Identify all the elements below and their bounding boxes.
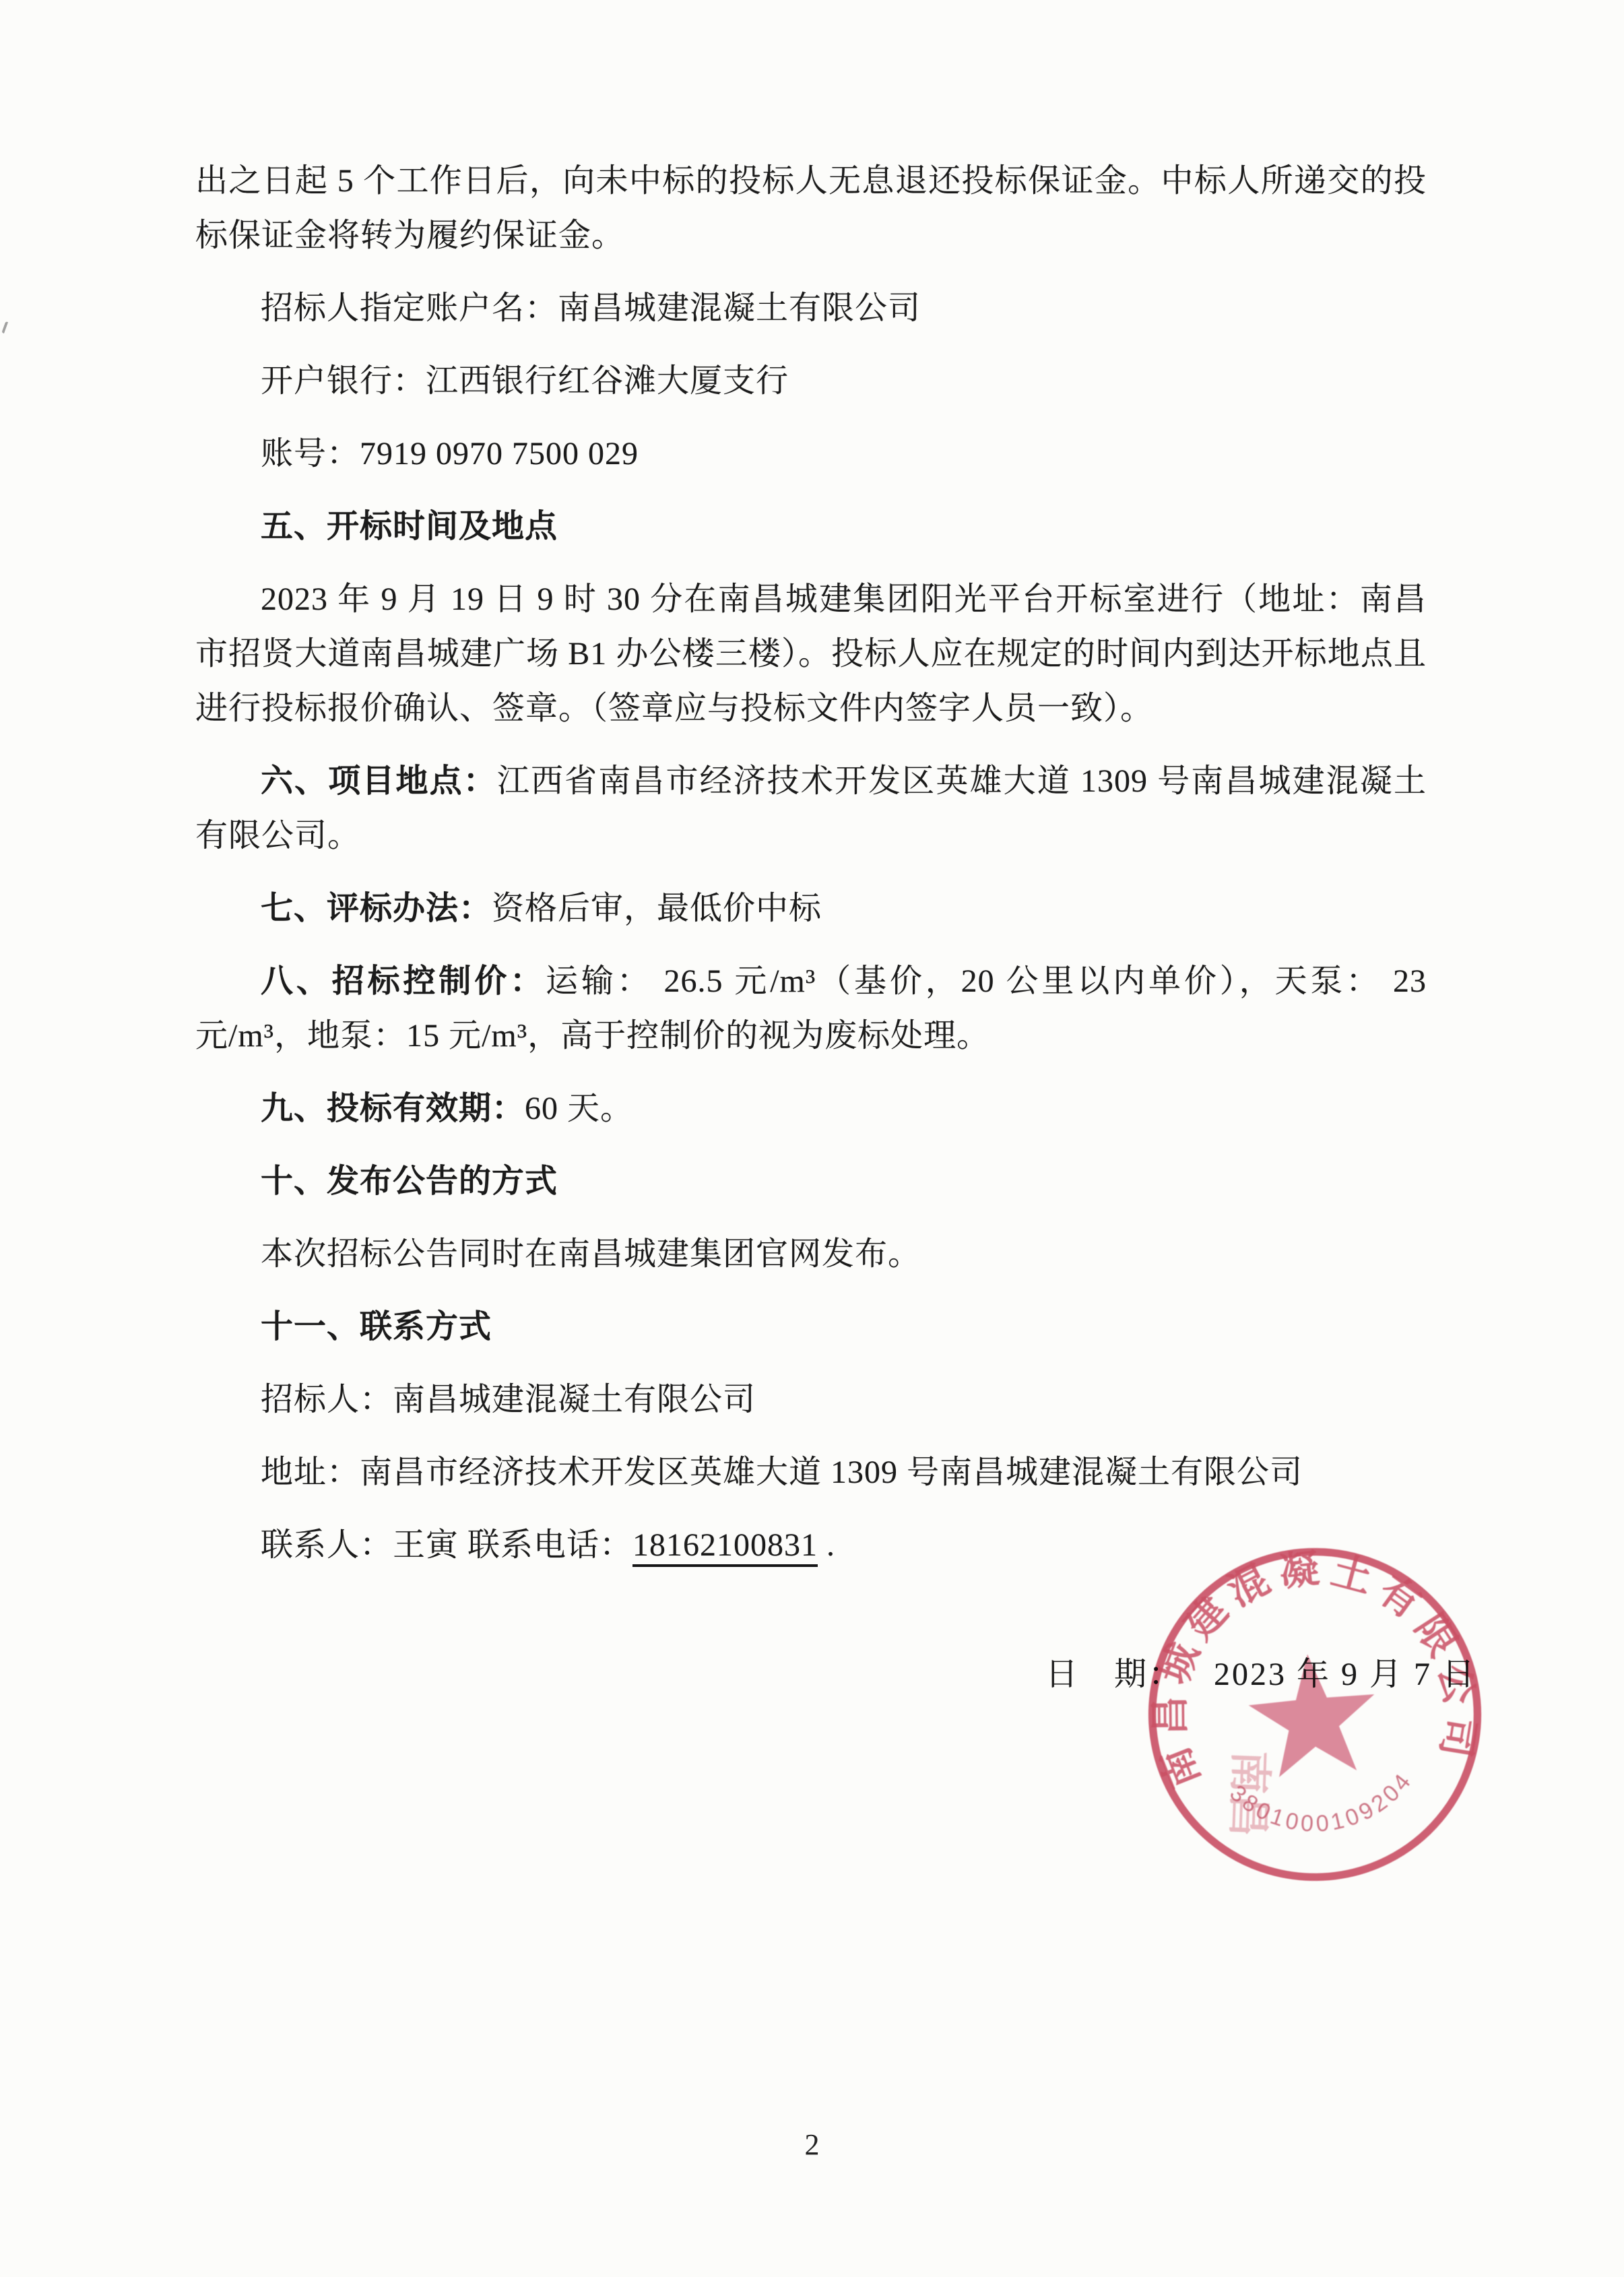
text-segment: . bbox=[818, 1527, 835, 1563]
paragraph: 出之日起 5 个工作日后，向未中标的投标人无息退还投标保证金。中标人所递交的投标… bbox=[195, 154, 1427, 263]
text-segment: 六、项目地点： bbox=[261, 763, 497, 799]
section-heading: 十一、联系方式 bbox=[195, 1300, 1427, 1354]
seal-ghost-text: 南昌 bbox=[1223, 1750, 1274, 1838]
seal-graphic: 南昌城建混凝土有限公司 3801000109204 南昌 bbox=[1126, 1525, 1503, 1903]
paragraph: 八、招标控制价：运输： 26.5 元/m³（基价，20 公里以内单价），天泵： … bbox=[195, 954, 1427, 1063]
text-segment: 2023 年 9 月 19 日 9 时 30 分在南昌城建集团阳光平台开标室进行… bbox=[195, 581, 1427, 726]
paragraph: 账号：7919 0970 7500 029 bbox=[195, 426, 1427, 481]
paragraph: 开户银行：江西银行红谷滩大厦支行 bbox=[195, 354, 1427, 408]
text-segment: 七、评标办法： bbox=[261, 891, 492, 926]
paragraph: 九、投标有效期：60 天。 bbox=[195, 1081, 1427, 1136]
text-segment: 招标人指定账户名：南昌城建混凝土有限公司 bbox=[261, 290, 921, 326]
text-segment: 出之日起 5 个工作日后，向未中标的投标人无息退还投标保证金。中标人所递交的投标… bbox=[195, 163, 1427, 253]
text-segment: 五、开标时间及地点 bbox=[261, 509, 558, 544]
paragraph: 招标人：南昌城建混凝土有限公司 bbox=[195, 1372, 1427, 1427]
text-segment: 本次招标公告同时在南昌城建集团官网发布。 bbox=[261, 1236, 921, 1272]
paragraph: 招标人指定账户名：南昌城建混凝土有限公司 bbox=[195, 281, 1427, 335]
text-segment: 开户银行：江西银行红谷滩大厦支行 bbox=[261, 363, 789, 399]
text-segment: 十、发布公告的方式 bbox=[261, 1163, 558, 1199]
company-seal-stamp: 南昌城建混凝土有限公司 3801000109204 南昌 bbox=[1126, 1525, 1503, 1903]
text-segment: 联系人：王寅 联系电话： bbox=[261, 1527, 632, 1563]
text-segment: 账号：7919 0970 7500 029 bbox=[261, 436, 639, 472]
text-segment: 八、招标控制价： bbox=[261, 963, 546, 999]
document-body: 出之日起 5 个工作日后，向未中标的投标人无息退还投标保证金。中标人所递交的投标… bbox=[195, 154, 1427, 1591]
page-number: 2 bbox=[0, 2127, 1624, 2162]
paragraph: 七、评标办法：资格后审，最低价中标 bbox=[195, 881, 1427, 936]
paragraph: 本次招标公告同时在南昌城建集团官网发布。 bbox=[195, 1227, 1427, 1281]
section-heading: 十、发布公告的方式 bbox=[195, 1154, 1427, 1209]
paragraph: 六、项目地点：江西省南昌市经济技术开发区英雄大道 1309 号南昌城建混凝土有限… bbox=[195, 754, 1427, 863]
section-heading: 五、开标时间及地点 bbox=[195, 499, 1427, 554]
text-segment: 60 天。 bbox=[525, 1091, 633, 1126]
paragraph: 2023 年 9 月 19 日 9 时 30 分在南昌城建集团阳光平台开标室进行… bbox=[195, 572, 1427, 736]
text-segment: 十一、联系方式 bbox=[261, 1309, 492, 1345]
document-page: { "document": { "paragraphs": [ {"indent… bbox=[0, 0, 1624, 2277]
text-segment: 资格后审，最低价中标 bbox=[492, 891, 822, 926]
text-segment: 九、投标有效期： bbox=[261, 1091, 525, 1126]
phone-number: 18162100831 bbox=[632, 1527, 818, 1567]
text-segment: 招标人：南昌城建混凝土有限公司 bbox=[261, 1382, 756, 1417]
paragraph: 地址：南昌市经济技术开发区英雄大道 1309 号南昌城建混凝土有限公司 bbox=[195, 1445, 1427, 1500]
scan-artifact bbox=[1, 321, 12, 335]
text-segment: 地址：南昌市经济技术开发区英雄大道 1309 号南昌城建混凝土有限公司 bbox=[261, 1454, 1303, 1490]
